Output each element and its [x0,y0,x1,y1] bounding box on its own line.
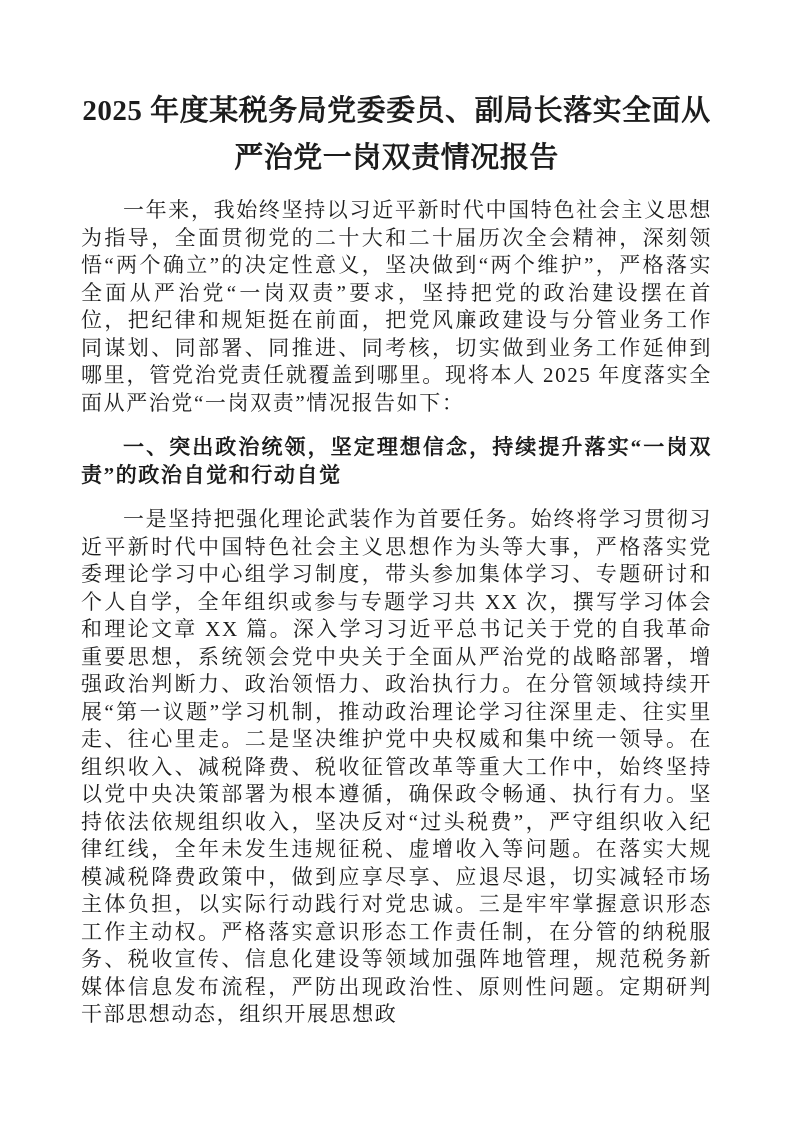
section-1-paragraph: 一是坚持把强化理论武装作为首要任务。始终将学习贯彻习近平新时代中国特色社会主义思… [81,506,712,1029]
intro-paragraph: 一年来，我始终坚持以习近平新时代中国特色社会主义思想为指导，全面贯彻党的二十大和… [81,197,712,417]
document-title: 2025 年度某税务局党委委员、副局长落实全面从严治党一岗双责情况报告 [81,88,712,182]
section-1-heading: 一、突出政治统领，坚定理想信念，持续提升落实“一岗双责”的政治自觉和行动自觉 [81,434,712,489]
document-page: 2025 年度某税务局党委委员、副局长落实全面从严治党一岗双责情况报告 一年来，… [0,0,793,1121]
